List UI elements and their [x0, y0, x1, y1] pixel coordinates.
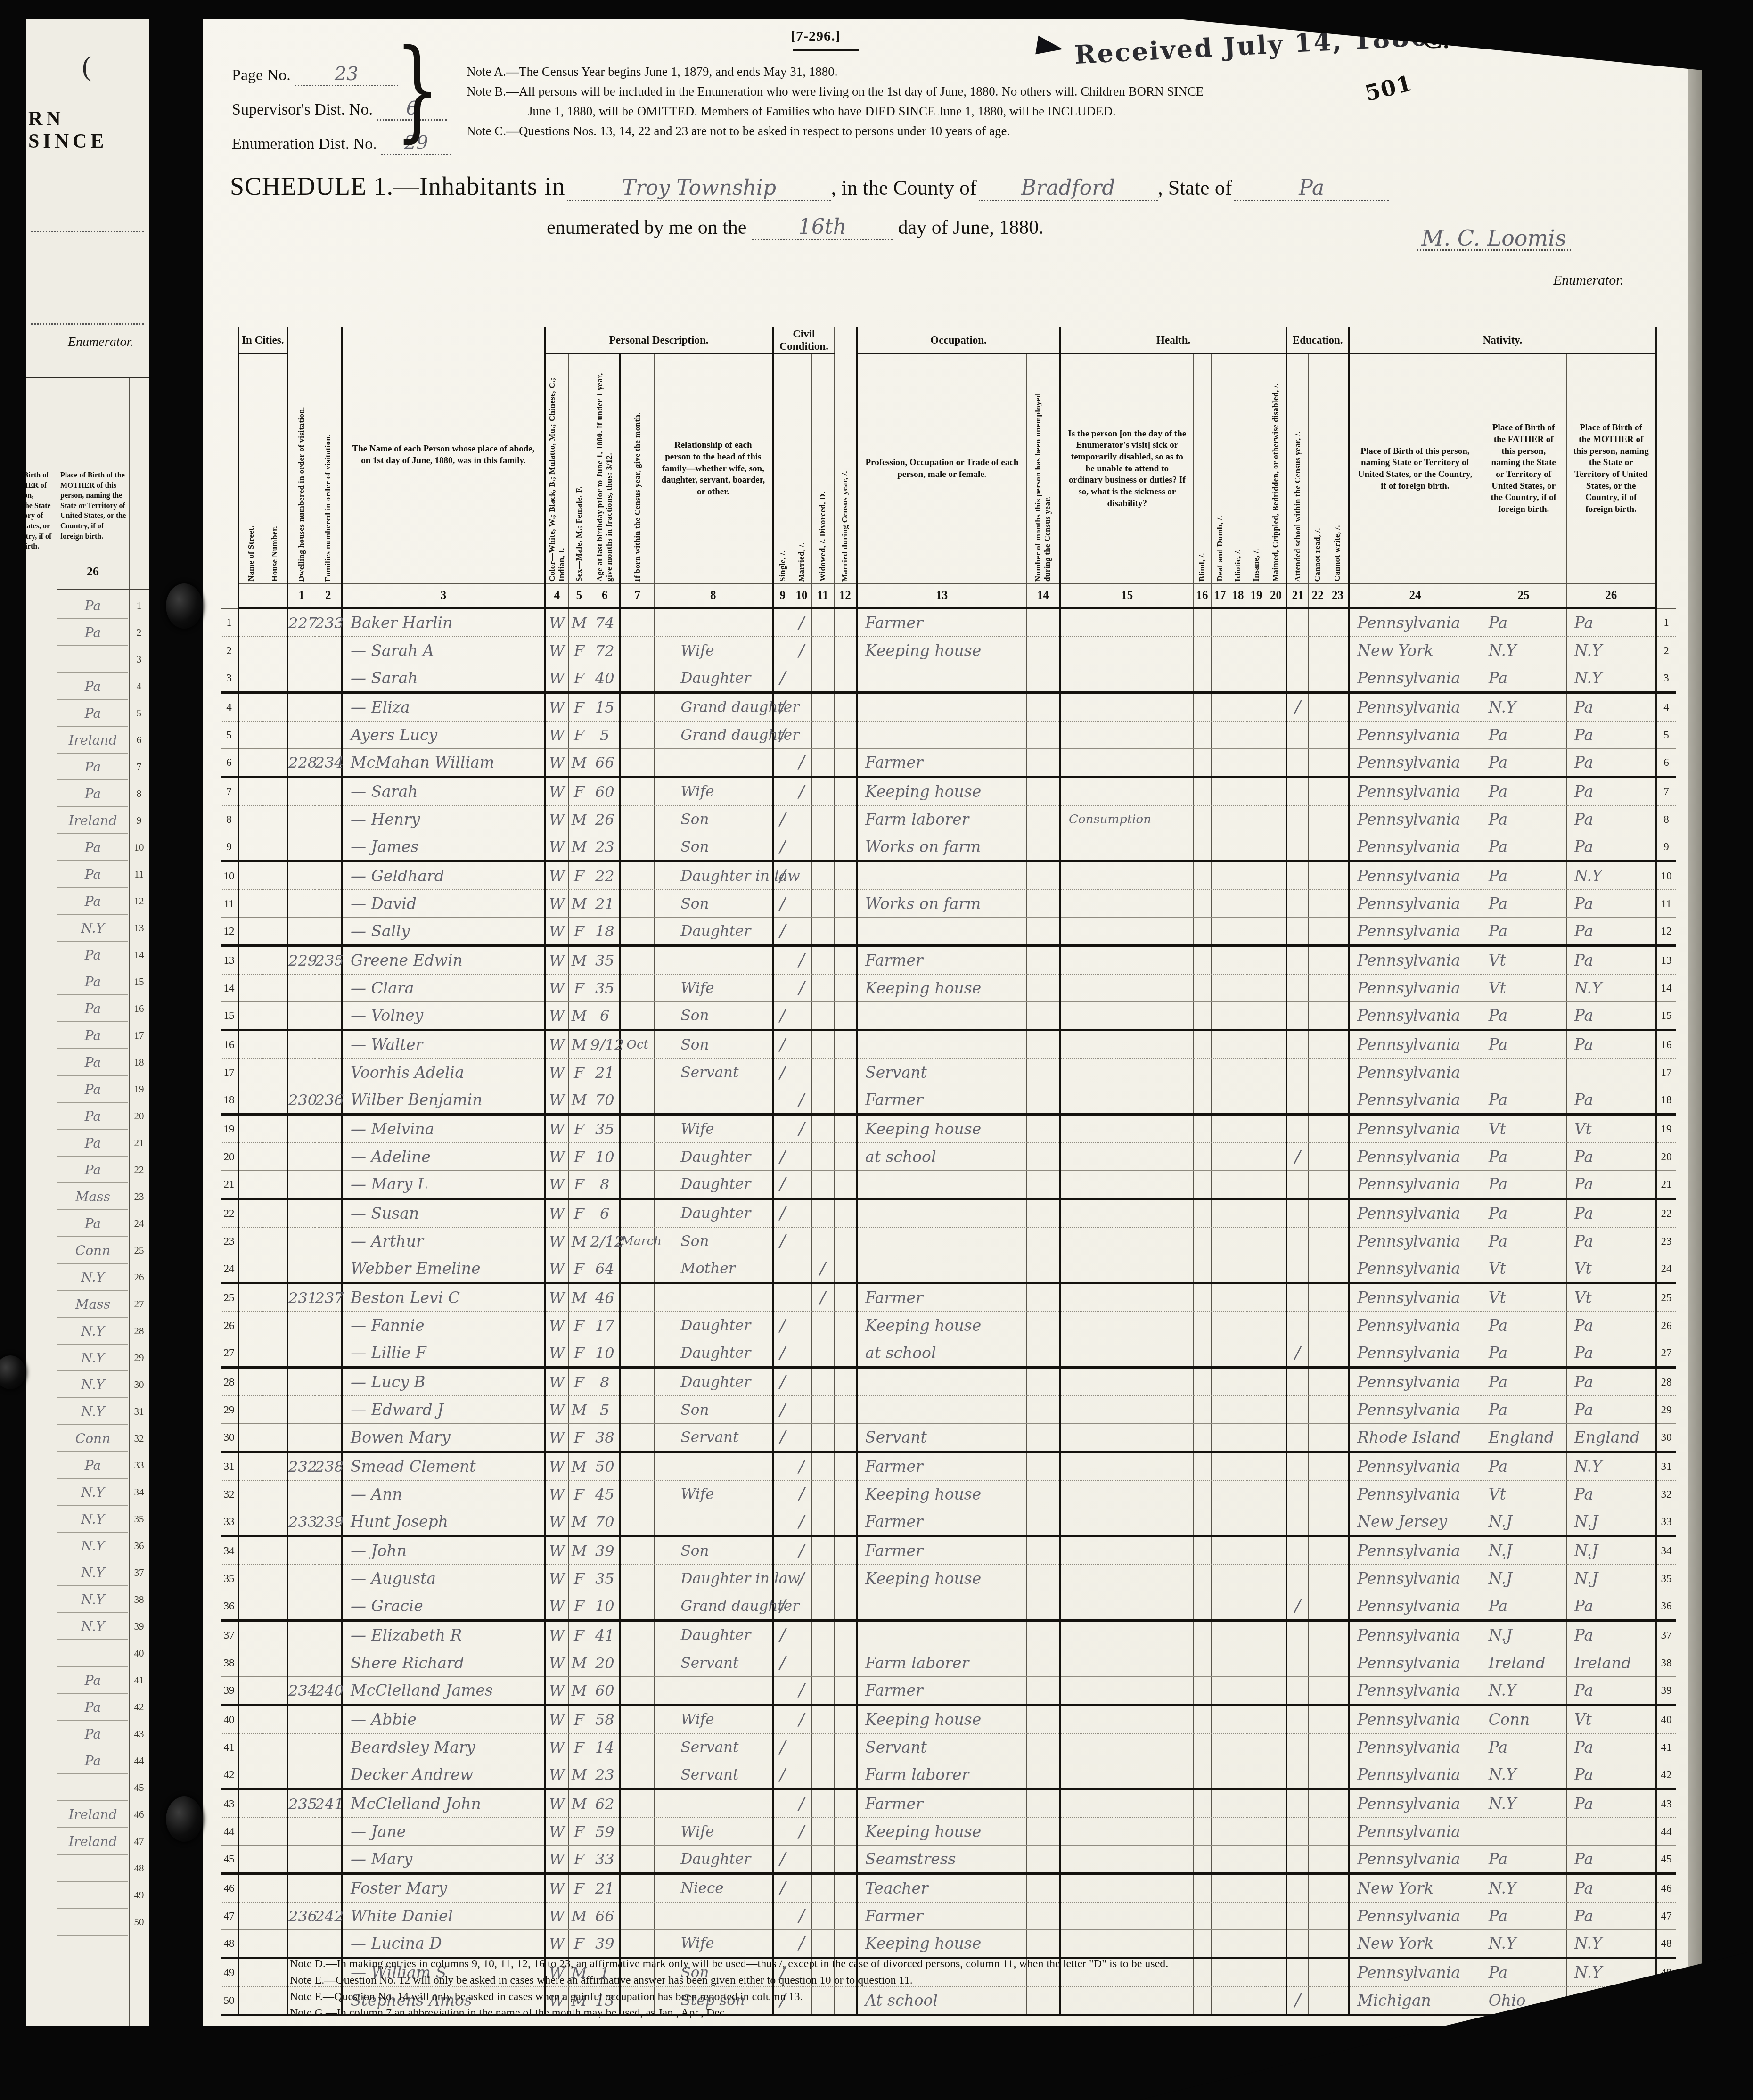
idiotic-mark: [1229, 608, 1247, 637]
street: [238, 890, 263, 918]
birthplace: Pennsylvania: [1349, 1283, 1481, 1312]
blind-mark: [1193, 1592, 1211, 1621]
table-row: 23— ArthurWM2/12MarchSon/PennsylvaniaPaP…: [221, 1227, 1676, 1255]
row-number: 29: [221, 1396, 238, 1424]
father-birthplace: N.J: [1481, 1565, 1566, 1592]
group-header-in_cities: In Cities.: [238, 327, 287, 354]
sex: F: [568, 777, 590, 806]
married-mark: [792, 805, 811, 833]
insane-mark: [1247, 1705, 1266, 1734]
birthplace: Pennsylvania: [1349, 1339, 1481, 1368]
header-bottom-rule: [57, 589, 149, 590]
prev-page-value: N.Y: [57, 1345, 128, 1371]
idiotic-mark: [1229, 1115, 1247, 1143]
sickness: [1060, 1649, 1193, 1677]
row-number: 3: [221, 664, 238, 693]
color: W: [545, 1115, 568, 1143]
father-birthplace: Pa: [1481, 1733, 1566, 1761]
prev-page-value: Pa: [57, 1103, 128, 1130]
color: W: [545, 861, 568, 890]
widowed-mark: [811, 1058, 834, 1086]
cannot-read-mark: [1308, 1902, 1327, 1930]
widowed-mark: [811, 1508, 834, 1536]
married-census-year-mark: [834, 1536, 857, 1565]
married-mark: [792, 1058, 811, 1086]
row-number: 34: [1656, 1536, 1676, 1565]
dwelling-number: [287, 1199, 315, 1228]
cannot-write-mark: [1327, 664, 1349, 693]
prev-page-row-number: 20: [131, 1103, 147, 1130]
insane-mark: [1247, 1424, 1266, 1452]
months-unemployed: [1026, 1874, 1060, 1903]
maimed-mark: [1266, 1283, 1286, 1312]
dwelling-number: 231: [287, 1283, 315, 1312]
sex: M: [568, 1508, 590, 1536]
house-number: [263, 1508, 287, 1536]
single-mark: /: [773, 1143, 792, 1171]
birth-month: [620, 1283, 654, 1312]
sickness: [1060, 1818, 1193, 1846]
relationship: Daughter in law: [654, 1565, 773, 1592]
married-mark: [792, 1143, 811, 1171]
mother-birthplace: [1566, 1818, 1656, 1846]
prev-page-value: N.Y: [57, 1559, 128, 1586]
age: 58: [590, 1705, 620, 1734]
row-number: 26: [221, 1312, 238, 1339]
prev-page-row-number: 27: [131, 1291, 147, 1318]
insane-mark: [1247, 1030, 1266, 1059]
color: W: [545, 1789, 568, 1818]
sex: M: [568, 1030, 590, 1059]
row-number: 24: [221, 1255, 238, 1283]
street: [238, 1283, 263, 1312]
deaf-dumb-mark: [1211, 1480, 1229, 1508]
age: 64: [590, 1255, 620, 1283]
blind-mark: [1193, 1761, 1211, 1789]
birthplace: Pennsylvania: [1349, 1536, 1481, 1565]
deaf-dumb-mark: [1211, 1930, 1229, 1958]
occupation: Keeping house: [857, 1565, 1026, 1592]
table-row: 33233239Hunt JosephWM70/FarmerNew Jersey…: [221, 1508, 1676, 1536]
attended-school-mark: [1286, 1452, 1308, 1481]
blind-mark: [1193, 749, 1211, 777]
insane-mark: [1247, 693, 1266, 722]
birth-month: [620, 608, 654, 637]
maimed-mark: [1266, 693, 1286, 722]
cannot-read-mark: [1308, 664, 1327, 693]
single-mark: /: [773, 918, 792, 946]
dwelling-number: [287, 1621, 315, 1649]
street: [238, 1368, 263, 1396]
person-name: — Henry: [342, 805, 545, 833]
column-header-sickness: Is the person [on the day of the Enumera…: [1060, 354, 1193, 584]
idiotic-mark: [1229, 1705, 1247, 1734]
table-row: 2— Sarah AWF72Wife/Keeping houseNew York…: [221, 637, 1676, 664]
scanned-census-page: ( RN SINCE Enumerator. Place of Birth of…: [0, 0, 1753, 2100]
widowed-mark: [811, 1874, 834, 1903]
table-row: 20— AdelineWF10Daughter/at school/Pennsy…: [221, 1143, 1676, 1171]
maimed-mark: [1266, 1424, 1286, 1452]
occupation: Keeping house: [857, 1480, 1026, 1508]
family-number: [315, 1058, 342, 1086]
cannot-read-mark: [1308, 749, 1327, 777]
prev-page-value: Conn: [57, 1425, 128, 1452]
widowed-mark: [811, 974, 834, 1002]
married-mark: /: [792, 974, 811, 1002]
row-number: 38: [1656, 1649, 1676, 1677]
months-unemployed: [1026, 890, 1060, 918]
attended-school-mark: [1286, 974, 1308, 1002]
attended-school-mark: [1286, 1171, 1308, 1199]
county-value: Bradford: [1021, 176, 1115, 200]
idiotic-mark: [1229, 777, 1247, 806]
dwelling-number: [287, 833, 315, 861]
single-mark: [773, 946, 792, 975]
widowed-mark: [811, 1143, 834, 1171]
idiotic-mark: [1229, 1565, 1247, 1592]
row-number: 43: [1656, 1789, 1676, 1818]
supervisor-dist-label: Supervisor's Dist. No.: [232, 101, 373, 118]
deaf-dumb-mark: [1211, 1592, 1229, 1621]
insane-mark: [1247, 1733, 1266, 1761]
mother-birthplace: Vt: [1566, 1115, 1656, 1143]
prev-page-row-number: 49: [131, 1882, 147, 1909]
mother-birthplace: Pa: [1566, 833, 1656, 861]
table-row: 26— FannieWF17Daughter/Keeping housePenn…: [221, 1312, 1676, 1339]
widowed-mark: [811, 749, 834, 777]
married-mark: [792, 1874, 811, 1903]
widowed-mark: [811, 890, 834, 918]
occupation: Servant: [857, 1424, 1026, 1452]
prev-page-value: Pa: [57, 619, 128, 646]
widowed-mark: [811, 1227, 834, 1255]
maimed-mark: [1266, 890, 1286, 918]
single-mark: [773, 1115, 792, 1143]
street: [238, 1986, 263, 2015]
attended-school-mark: [1286, 721, 1308, 749]
street: [238, 1536, 263, 1565]
street: [238, 1396, 263, 1424]
cannot-write-mark: [1327, 1171, 1349, 1199]
married-census-year-mark: [834, 721, 857, 749]
group-header-nativity: Nativity.: [1349, 327, 1656, 354]
birthplace: Pennsylvania: [1349, 1818, 1481, 1846]
house-number: [263, 1536, 287, 1565]
prev-page-value: Pa: [57, 1452, 128, 1479]
insane-mark: [1247, 918, 1266, 946]
dwelling-number: [287, 777, 315, 806]
row-number: 40: [1656, 1705, 1676, 1734]
maimed-mark: [1266, 1030, 1286, 1059]
sickness: [1060, 1705, 1193, 1734]
age: 66: [590, 749, 620, 777]
deaf-dumb-mark: [1211, 833, 1229, 861]
months-unemployed: [1026, 1761, 1060, 1789]
sex: F: [568, 1846, 590, 1874]
cannot-write-mark: [1327, 1761, 1349, 1789]
maimed-mark: [1266, 1171, 1286, 1199]
occupation: Farmer: [857, 608, 1026, 637]
father-birthplace: Pa: [1481, 1368, 1566, 1396]
house-number: [263, 1621, 287, 1649]
birthplace: Pennsylvania: [1349, 1761, 1481, 1789]
column-number-13: 13: [857, 584, 1026, 609]
color: W: [545, 1733, 568, 1761]
occupation: Farmer: [857, 1536, 1026, 1565]
sickness: [1060, 1902, 1193, 1930]
widowed-mark: [811, 1592, 834, 1621]
age: 45: [590, 1480, 620, 1508]
row-number: 14: [1656, 974, 1676, 1002]
occupation: [857, 1030, 1026, 1059]
dwelling-number: 234: [287, 1677, 315, 1705]
column-number-25: 25: [1481, 584, 1566, 609]
dwelling-number: 235: [287, 1789, 315, 1818]
enumerator-label: Enumerator.: [1553, 272, 1623, 288]
relationship: Daughter: [654, 664, 773, 693]
married-mark: /: [792, 1789, 811, 1818]
blind-mark: [1193, 1846, 1211, 1874]
family-number: [315, 1424, 342, 1452]
insane-mark: [1247, 1143, 1266, 1171]
age: 41: [590, 1621, 620, 1649]
color: W: [545, 1846, 568, 1874]
deaf-dumb-mark: [1211, 1255, 1229, 1283]
married-mark: /: [792, 1086, 811, 1115]
father-birthplace: N.Y: [1481, 637, 1566, 664]
census-table: In Cities.Dwelling houses numbered in or…: [221, 327, 1676, 2016]
sex: F: [568, 918, 590, 946]
sex: M: [568, 1283, 590, 1312]
insane-mark: [1247, 1508, 1266, 1536]
prev-page-row-number: 42: [131, 1694, 147, 1721]
widowed-mark: [811, 693, 834, 722]
prev-page-row-number: 45: [131, 1774, 147, 1801]
blind-mark: [1193, 1199, 1211, 1228]
sickness: [1060, 1312, 1193, 1339]
column-header-house-number: House Number.: [263, 354, 287, 584]
birthplace: Pennsylvania: [1349, 1115, 1481, 1143]
prev-page-value: Pa: [57, 1747, 128, 1774]
row-number: 41: [1656, 1733, 1676, 1761]
house-number: [263, 1424, 287, 1452]
row-number: 12: [1656, 918, 1676, 946]
dwelling-number: [287, 693, 315, 722]
deaf-dumb-mark: [1211, 749, 1229, 777]
mother-birthplace: Pa: [1566, 1171, 1656, 1199]
months-unemployed: [1026, 1621, 1060, 1649]
age: 60: [590, 1677, 620, 1705]
street: [238, 777, 263, 806]
relationship: Daughter: [654, 1368, 773, 1396]
color: W: [545, 1902, 568, 1930]
note-b-line2: June 1, 1880, will be OMITTED. Members o…: [528, 102, 1678, 122]
prev-page-value: Pa: [57, 780, 128, 807]
mother-birthplace: Pa: [1566, 1199, 1656, 1228]
sickness: [1060, 861, 1193, 890]
maimed-mark: [1266, 1621, 1286, 1649]
idiotic-mark: [1229, 1677, 1247, 1705]
family-number: [315, 1339, 342, 1368]
prev-page-row-number: 34: [131, 1479, 147, 1506]
row-number: 5: [1656, 721, 1676, 749]
relationship: [654, 608, 773, 637]
cannot-write-mark: [1327, 833, 1349, 861]
attended-school-mark: [1286, 1705, 1308, 1734]
idiotic-mark: [1229, 1902, 1247, 1930]
idiotic-mark: [1229, 1058, 1247, 1086]
relationship: [654, 1086, 773, 1115]
deaf-dumb-mark: [1211, 1902, 1229, 1930]
months-unemployed: [1026, 721, 1060, 749]
row-number: 37: [1656, 1621, 1676, 1649]
mother-birthplace: Vt: [1566, 1255, 1656, 1283]
prev-page-value: Pa: [57, 942, 128, 968]
deaf-dumb-mark: [1211, 1368, 1229, 1396]
single-mark: /: [773, 1199, 792, 1228]
sex: M: [568, 608, 590, 637]
maimed-mark: [1266, 1339, 1286, 1368]
relationship: Daughter: [654, 918, 773, 946]
street: [238, 1902, 263, 1930]
father-birthplace: N.Y: [1481, 1874, 1566, 1903]
married-mark: /: [792, 749, 811, 777]
father-birthplace: Pa: [1481, 861, 1566, 890]
birth-month: [620, 1199, 654, 1228]
birthplace: Pennsylvania: [1349, 946, 1481, 975]
birthplace: Pennsylvania: [1349, 1312, 1481, 1339]
prev-page-row-number: 15: [131, 968, 147, 995]
birth-month: [620, 1480, 654, 1508]
relationship: Son: [654, 1227, 773, 1255]
color: W: [545, 1705, 568, 1734]
person-name: — Arthur: [342, 1227, 545, 1255]
widowed-mark: /: [811, 1283, 834, 1312]
mother-birthplace: Pa: [1566, 1592, 1656, 1621]
column-rule: [129, 378, 130, 2068]
widowed-mark: [811, 1480, 834, 1508]
birthplace: Pennsylvania: [1349, 1396, 1481, 1424]
family-number: [315, 805, 342, 833]
person-name: — James: [342, 833, 545, 861]
age: 23: [590, 1761, 620, 1789]
birth-month: [620, 1846, 654, 1874]
attended-school-mark: /: [1286, 1592, 1308, 1621]
column-number-house-number: [263, 584, 287, 609]
prev-page-row-number: 36: [131, 1533, 147, 1559]
father-birthplace: [1481, 1818, 1566, 1846]
family-number: [315, 637, 342, 664]
relationship: Daughter: [654, 1621, 773, 1649]
street: [238, 608, 263, 637]
birthplace: Pennsylvania: [1349, 1480, 1481, 1508]
sickness: [1060, 1115, 1193, 1143]
prev-page-value: N.Y: [57, 1371, 128, 1398]
blind-mark: [1193, 833, 1211, 861]
census-table-wrap: In Cities.Dwelling houses numbered in or…: [221, 327, 1676, 2016]
married-census-year-mark: [834, 1368, 857, 1396]
deaf-dumb-mark: [1211, 1002, 1229, 1030]
house-number: [263, 1368, 287, 1396]
age: 21: [590, 890, 620, 918]
widowed-mark: [811, 1030, 834, 1059]
prev-page-value: [57, 1909, 128, 1936]
mother-birthplace: Pa: [1566, 918, 1656, 946]
occupation: Keeping house: [857, 777, 1026, 806]
maimed-mark: [1266, 805, 1286, 833]
insane-mark: [1247, 1452, 1266, 1481]
occupation: Servant: [857, 1058, 1026, 1086]
married-mark: [792, 833, 811, 861]
mother-birthplace-header: Place of Birth of the MOTHER of this per…: [60, 470, 127, 541]
sickness: [1060, 1592, 1193, 1621]
mother-birthplace: Pa: [1566, 1086, 1656, 1115]
birthplace: Pennsylvania: [1349, 1171, 1481, 1199]
house-number: [263, 1761, 287, 1789]
prev-page-value: N.Y: [57, 1398, 128, 1425]
age: 26: [590, 805, 620, 833]
single-mark: /: [773, 1368, 792, 1396]
maimed-mark: [1266, 1227, 1286, 1255]
maimed-mark: [1266, 974, 1286, 1002]
sickness: [1060, 1255, 1193, 1283]
prev-page-row-number: 43: [131, 1721, 147, 1747]
house-number: [263, 664, 287, 693]
mother-birthplace: Pa: [1566, 1733, 1656, 1761]
age: 9/12: [590, 1030, 620, 1059]
married-mark: /: [792, 1930, 811, 1958]
cannot-read-mark: [1308, 1424, 1327, 1452]
married-census-year-mark: [834, 1508, 857, 1536]
family-number: [315, 1143, 342, 1171]
sex: F: [568, 1565, 590, 1592]
deaf-dumb-mark: [1211, 721, 1229, 749]
insane-mark: [1247, 1536, 1266, 1565]
prev-page-value: Pa: [57, 861, 128, 888]
prev-page-row-number: 18: [131, 1049, 147, 1076]
occupation: Farm laborer: [857, 1761, 1026, 1789]
relationship: Wife: [654, 1930, 773, 1958]
column-number-3: 3: [342, 584, 545, 609]
color: W: [545, 1058, 568, 1086]
occupation: Farmer: [857, 1086, 1026, 1115]
married-mark: [792, 1171, 811, 1199]
married-mark: /: [792, 637, 811, 664]
prev-page-value: Pa: [57, 1210, 128, 1237]
married-census-year-mark: [834, 749, 857, 777]
blind-mark: [1193, 1902, 1211, 1930]
sickness: [1060, 721, 1193, 749]
sex: M: [568, 805, 590, 833]
person-name: — Adeline: [342, 1143, 545, 1171]
person-name: — Lillie F: [342, 1339, 545, 1368]
row-number: 27: [221, 1339, 238, 1368]
cannot-write-mark: [1327, 1536, 1349, 1565]
note-c: Note C.—Questions Nos. 13, 14, 22 and 23…: [467, 122, 1678, 141]
relationship: Wife: [654, 1818, 773, 1846]
relationship: Grand daughter: [654, 1592, 773, 1621]
prev-page-value: Pa: [57, 1667, 128, 1694]
column-number-10: 10: [792, 584, 811, 609]
family-number: 235: [315, 946, 342, 975]
color: W: [545, 1592, 568, 1621]
relationship: Servant: [654, 1733, 773, 1761]
house-number: [263, 608, 287, 637]
row-number: 33: [1656, 1508, 1676, 1536]
attended-school-mark: [1286, 1002, 1308, 1030]
person-name: — Walter: [342, 1030, 545, 1059]
house-number: [263, 918, 287, 946]
